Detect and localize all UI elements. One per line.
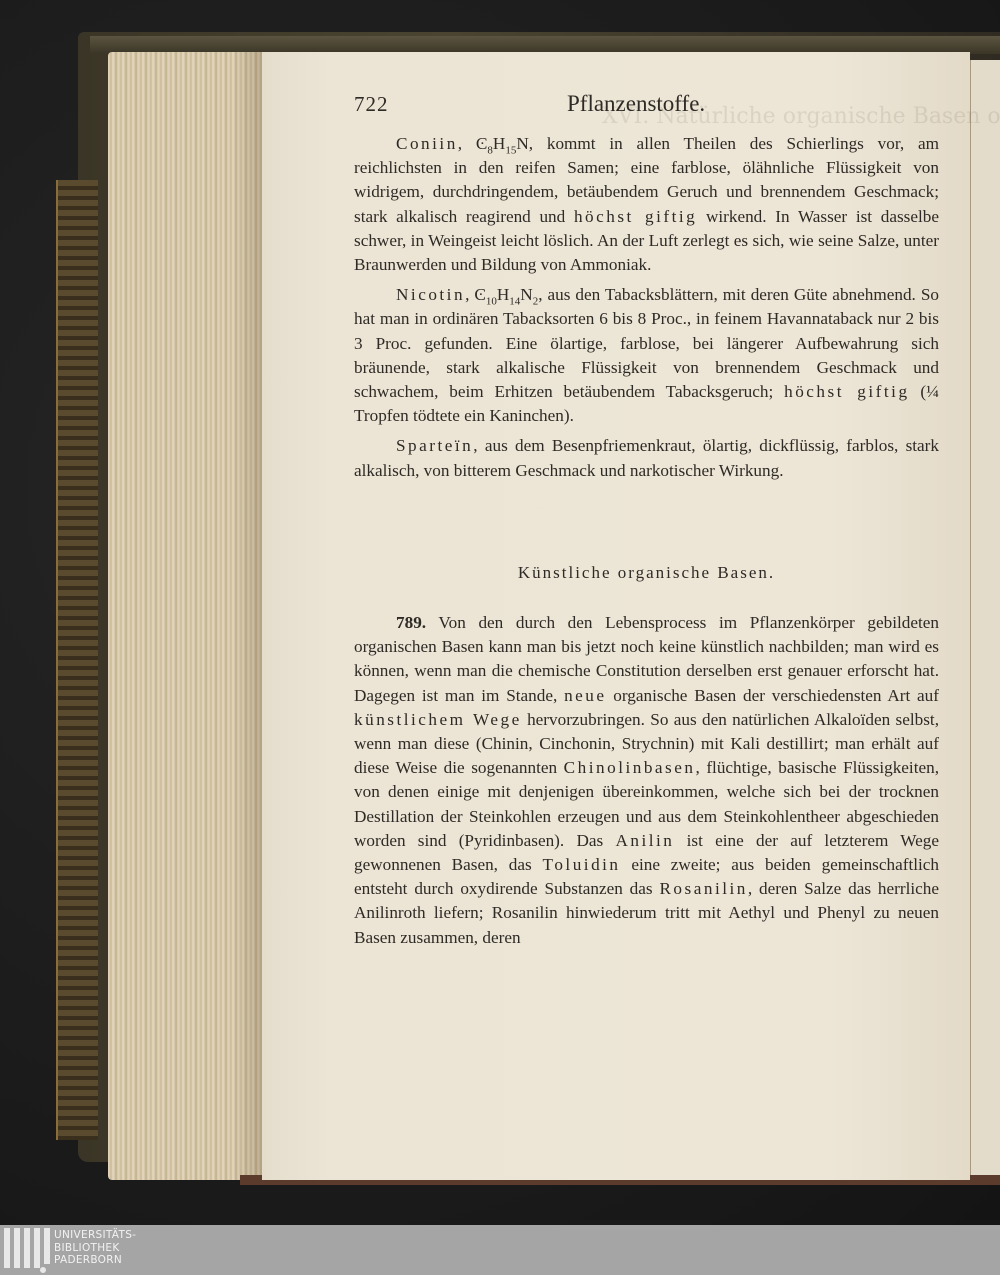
paragraph-coniin: Coniin, Ͼ8H15N, kommt in allen Theilen d… [354, 132, 939, 277]
library-footer: UNIVERSITÄTS- BIBLIOTHEK PADERBORN [0, 1225, 1000, 1275]
page-header: 722 Pflanzenstoffe. [354, 92, 939, 120]
library-name: UNIVERSITÄTS- BIBLIOTHEK PADERBORN [54, 1229, 136, 1267]
book-spine [56, 180, 98, 1140]
page-text: 722 Pflanzenstoffe. Coniin, Ͼ8H15N, komm… [354, 92, 939, 950]
running-head: Pflanzenstoffe. [567, 92, 705, 116]
term-nicotin: Nicotin [396, 285, 465, 304]
logo-dot-icon [40, 1267, 46, 1273]
formula-coniin: Ͼ8H15N [476, 134, 529, 153]
paragraph-number: 789. [396, 613, 426, 632]
facing-page-edge [970, 60, 1000, 1175]
term-spartein: Sparteïn [396, 436, 473, 455]
paragraph-spartein: Sparteïn, aus dem Besenpfriemenkraut, öl… [354, 434, 939, 482]
library-logo-icon [4, 1228, 50, 1268]
page-edges [108, 52, 263, 1180]
paragraph-789: 789. Von den durch den Lebensprocess im … [354, 611, 939, 950]
page-number: 722 [354, 92, 389, 116]
formula-nicotin: Ͼ10H14N2 [474, 285, 538, 304]
section-heading: Künstliche organische Basen. [354, 561, 939, 585]
paragraph-nicotin: Nicotin, Ͼ10H14N2, aus den Tabacksblätte… [354, 283, 939, 428]
term-coniin: Coniin [396, 134, 458, 153]
